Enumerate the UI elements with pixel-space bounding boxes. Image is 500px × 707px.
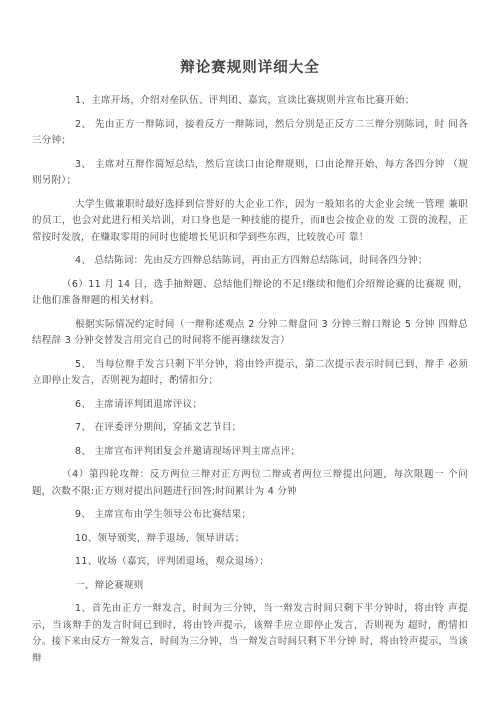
document-title: 辩论赛规则详细大全 bbox=[32, 56, 468, 77]
paragraph-rule-5: 5、 当每位辩手发言只剩下半分钟，将由铃声提示，第二次提示表示时间已到，辩手 必… bbox=[32, 357, 468, 390]
paragraph-rule-11: 11、收场（嘉宾，评判团退场，观众退场）； bbox=[32, 554, 468, 571]
paragraph-rule-2: 2、 先由正方一辩陈词，接着反方一辩陈词，然后分别是正反方二三辩分别陈词，时 间… bbox=[32, 117, 468, 150]
paragraph-time-agreement: 根据实际情况约定时间（一辩称述观点 2 分钟二辩盘问 3 分钟三辩口辩论 5 分… bbox=[32, 317, 468, 350]
paragraph-item-6: （6）11 月 14 日，选手抽辩题、总结他们辩论的不足!继续和他们介绍辩论赛的… bbox=[32, 277, 468, 310]
paragraph-section-heading: 一、辩论赛规则 bbox=[32, 578, 468, 595]
paragraph-note-parttime: 大学生做兼职时最好选择到信誉好的大企业工作，因为一般知名的大企业会统一管理 兼职… bbox=[32, 197, 468, 247]
paragraph-detail-rule-1: 1、首先由正方一辩发言，时间为三分钟，当一辩发言时间只剩下半分钟时，将由铃 声提… bbox=[32, 601, 468, 667]
paragraph-item-4-round: （4）第四轮攻辩：反方两位三辩对正方两位二辩或者两位三辩提出问题，每次限题一 个… bbox=[32, 467, 468, 500]
paragraph-rule-9: 9、 主席宣布由学生领导公布比赛结果； bbox=[32, 507, 468, 524]
paragraph-rule-10: 10、领导颁奖，辩手退场，领导讲话； bbox=[32, 531, 468, 548]
paragraph-rule-6: 6、 主席请评判团退席评议； bbox=[32, 397, 468, 414]
paragraph-rule-1: 1、主席开场，介绍对垒队伍、评判团、嘉宾，宣读比赛规则并宣布比赛开始； bbox=[32, 93, 468, 110]
paragraph-rule-7: 7、 在评委评分期间，穿插文艺节目； bbox=[32, 420, 468, 437]
document-page: 辩论赛规则详细大全 1、主席开场，介绍对垒队伍、评判团、嘉宾，宣读比赛规则并宣布… bbox=[0, 0, 500, 707]
paragraph-rule-3: 3、 主席对互辩作简短总结，然后宣读口由论辩规则，口由论辩开始，每方各四分钟 （… bbox=[32, 157, 468, 190]
paragraph-rule-8: 8、 主席宣布评判团复会并邀请现场评判主席点评； bbox=[32, 444, 468, 461]
paragraph-rule-4: 4、 总结陈词：先由反方四辩总结陈词，再由正方四辩总结陈词，时间各四分钟； bbox=[32, 253, 468, 270]
